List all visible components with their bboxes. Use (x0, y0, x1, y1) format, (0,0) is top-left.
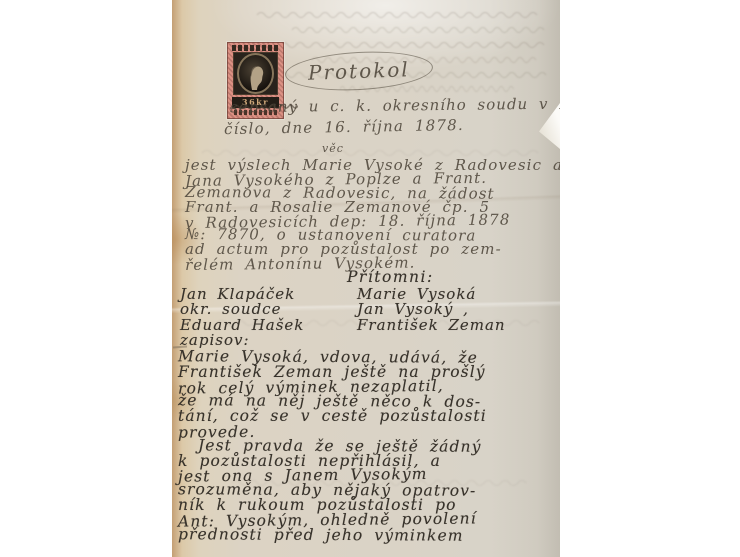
body-line: přednosti před jeho výminkem (178, 527, 487, 543)
body-line: srozuměna, aby nějaký opatrov- (178, 482, 487, 498)
body-line: že má na něj ještě něco k dos- (178, 394, 487, 410)
officials-column: Jan Klapáček okr. soudce Eduard Hašek za… (180, 287, 357, 348)
subject-line: №: 7870, o ustanovení curatora (185, 227, 560, 243)
struck-word: sepsaný (230, 97, 298, 116)
attendees-columns: Jan Klapáček okr. soudce Eduard Hašek za… (180, 287, 506, 348)
header-line-2: číslo, dne 16. října 1878. (224, 116, 464, 138)
stamp-top-inscription (232, 45, 279, 51)
profile-silhouette-icon (244, 62, 268, 92)
header-line-1-rest: u c. k. okresního soudu v Libochovi: (309, 94, 560, 116)
party-name: František Zeman (357, 318, 506, 333)
subject-line: Zemanova z Radovesic, na žádost (185, 185, 560, 201)
body-line: Marie Vysoká, vdova, udává, že (178, 349, 487, 365)
stamp-portrait-panel (233, 52, 278, 95)
document-title: Protokol (308, 57, 410, 85)
parties-column: Marie Vysoká Jan Vysoký , František Zema… (357, 287, 506, 348)
header-line-1: sepsaný u c. k. okresního soudu v Liboch… (230, 94, 560, 116)
body-line: Jest pravda že se ještě žádný (178, 438, 487, 454)
statement-body: Marie Vysoká, vdova, udává, že František… (178, 350, 487, 542)
official-role: zapisov: (180, 333, 357, 348)
present-heading: Přítomni: (347, 268, 434, 286)
subject-paragraph: jest výslech Marie Vysoké z Radovesic a … (185, 158, 560, 270)
photo-background: 36kr Protokol sepsaný u c. k. okresního … (0, 0, 740, 557)
emperor-portrait-icon (237, 53, 274, 94)
document-photo: 36kr Protokol sepsaný u c. k. okresního … (172, 0, 560, 557)
subject-word: věc (322, 142, 344, 155)
title-oval: Protokol (284, 48, 434, 94)
body-line: tání, což se v cestě pozůstalosti (178, 409, 487, 424)
